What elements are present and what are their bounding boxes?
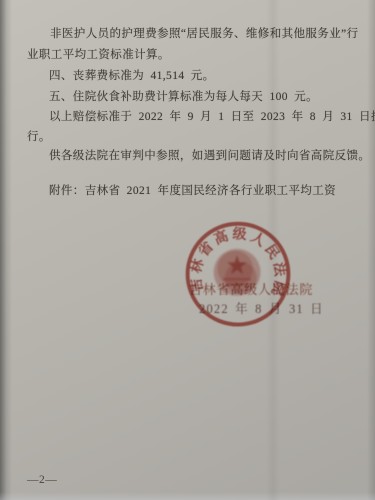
document-line: 供各级法院在审判中参照，如遇到问题请及时向省高院反馈。: [49, 147, 370, 163]
document-page: 非医护人员的护理费参照“居民服务、维修和其他服务业”行 业职工平均工资标准计算。…: [0, 0, 375, 500]
document-line: 附件：吉林省 2021 年度国民经济各行业职工平均工资: [49, 182, 336, 198]
national-emblem-icon: [214, 249, 261, 296]
document-line: 以上赔偿标准于 2022 年 9 月 1 日至 2023 年 8 月 31 日执: [49, 108, 375, 124]
page-right-shadow: [367, 0, 375, 500]
document-line: 四、丧葬费标准为 41,514 元。: [49, 67, 215, 83]
document-line: 非医护人员的护理费参照“居民服务、维修和其他服务业”行: [50, 25, 359, 41]
page-number: —2—: [27, 474, 57, 486]
document-line: 行。: [27, 128, 51, 144]
page-bottom-edge: [0, 492, 375, 500]
document-line: 业职工平均工资标准计算。: [27, 46, 170, 62]
official-court-seal: 吉林省高级人民法院: [180, 220, 296, 332]
page-left-shadow: [0, 0, 12, 500]
document-line: 五、住院伙食补助费计算标准为每人每天 100 元。: [49, 88, 318, 104]
